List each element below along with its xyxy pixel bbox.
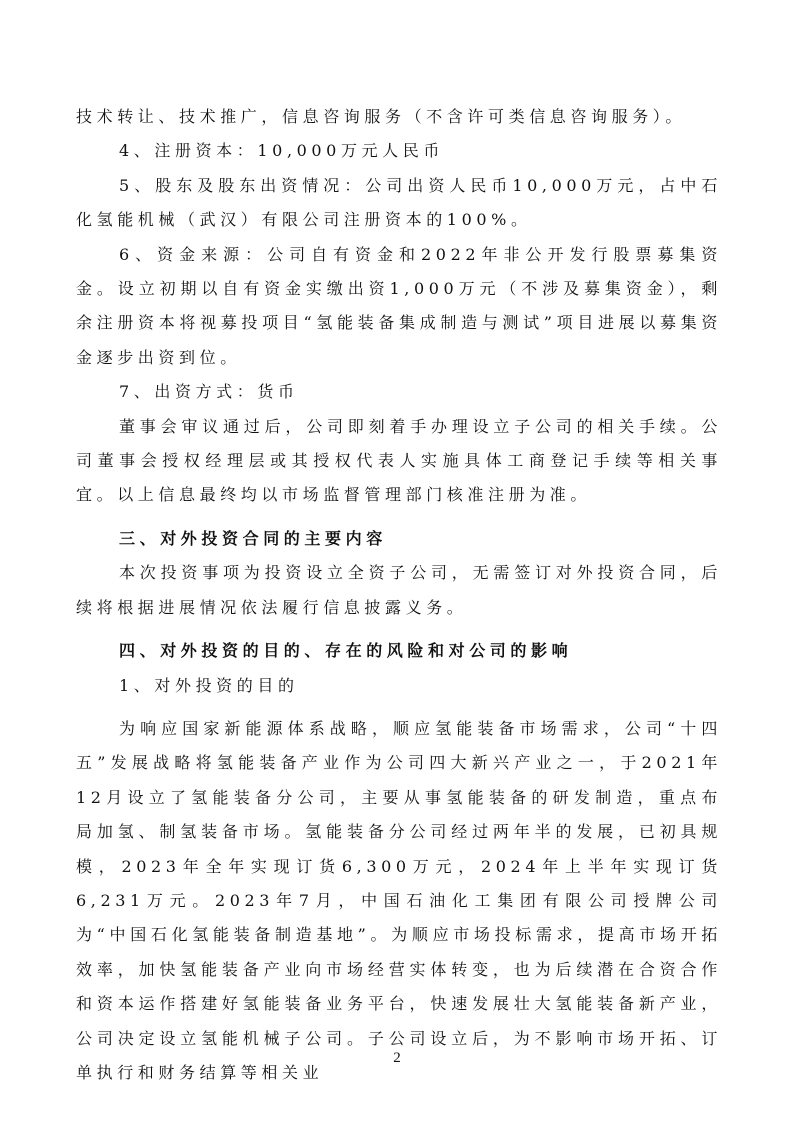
paragraph-contribution-method: 7、出资方式：货币: [76, 375, 722, 409]
paragraph-investment-purpose: 为响应国家新能源体系战略，顺应氢能装备市场需求，公司“十四五”发展战略将氢能装备…: [76, 712, 722, 1090]
spacer: [76, 513, 722, 522]
subheading-investment-purpose: 1、对外投资的目的: [76, 669, 722, 703]
paragraph-funding-source: 6、资金来源：公司自有资金和2022年非公开发行股票募集资金。设立初期以自有资金…: [76, 238, 722, 376]
spacer: [76, 703, 722, 712]
section-heading-contract: 三、对外投资合同的主要内容: [76, 522, 722, 556]
section-heading-purpose-risk: 四、对外投资的目的、存在的风险和对公司的影响: [76, 634, 722, 668]
paragraph-board-authorization: 董事会审议通过后，公司即刻着手办理设立子公司的相关手续。公司董事会授权经理层或其…: [76, 410, 722, 513]
paragraph-contract-content: 本次投资事项为投资设立全资子公司，无需签订对外投资合同，后续将根据进展情况依法履…: [76, 556, 722, 625]
page-number: 2: [0, 1050, 794, 1067]
paragraph-registered-capital: 4、注册资本：10,000万元人民币: [76, 134, 722, 168]
paragraph-business-scope-continued: 技术转让、技术推广，信息咨询服务（不含许可类信息咨询服务）。: [76, 100, 722, 134]
spacer: [76, 625, 722, 634]
document-body: 技术转让、技术推广，信息咨询服务（不含许可类信息咨询服务）。 4、注册资本：10…: [76, 100, 722, 1090]
document-page: 技术转让、技术推广，信息咨询服务（不含许可类信息咨询服务）。 4、注册资本：10…: [0, 0, 794, 1123]
paragraph-shareholder-contribution: 5、股东及股东出资情况：公司出资人民币10,000万元，占中石化氢能机械（武汉）…: [76, 169, 722, 238]
